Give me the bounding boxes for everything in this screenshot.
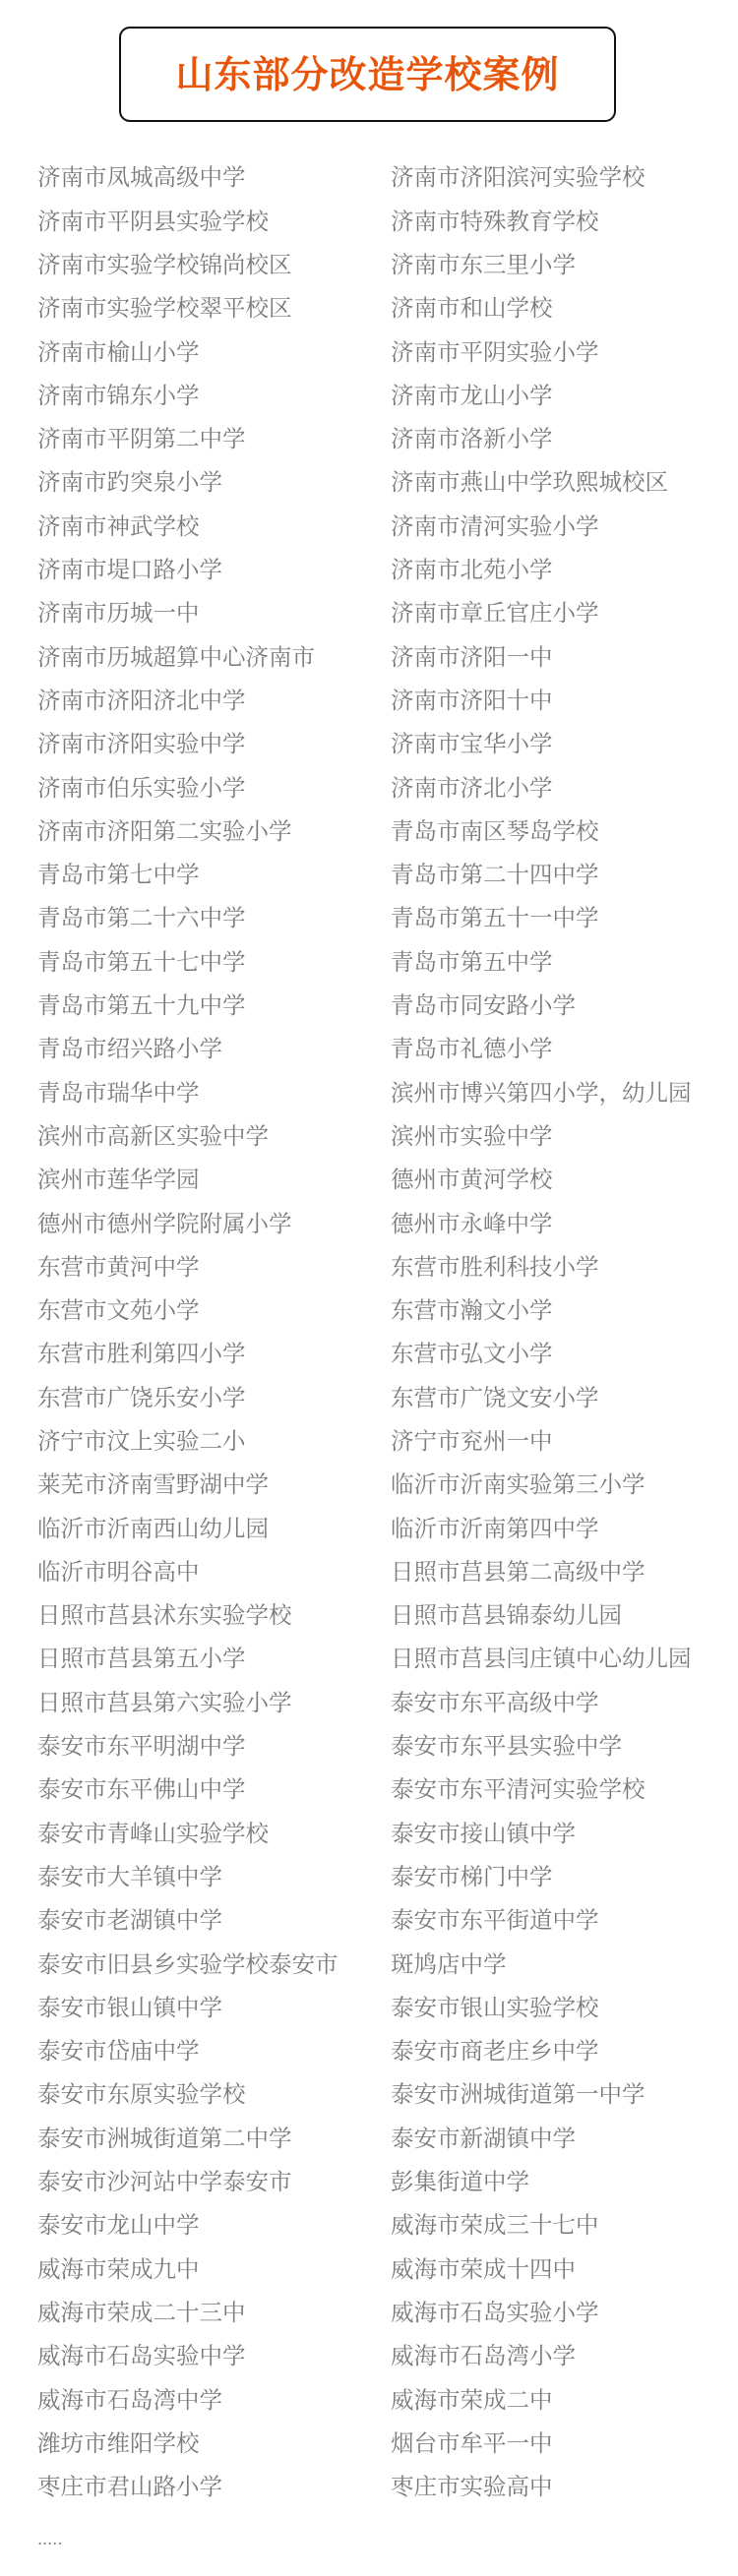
school-name-right: 青岛市礼德小学 (391, 1038, 725, 1061)
school-name-right: 东营市广饶文安小学 (391, 1387, 725, 1410)
school-name-right: 威海市荣成十四中 (391, 2258, 725, 2282)
school-name-right: 东营市瀚文小学 (391, 1299, 725, 1323)
school-name-right: 青岛市同安路小学 (391, 994, 725, 1018)
school-list: 济南市凤城高级中学济南市济阳滨河实验学校济南市平阴县实验学校济南市特殊教育学校济… (37, 156, 726, 2509)
school-name-left: 济南市平阴第二中学 (37, 428, 391, 451)
school-name-right: 济南市济阳十中 (391, 689, 725, 713)
school-row: 泰安市大羊镇中学泰安市梯门中学 (37, 1856, 726, 1899)
school-name-left: 泰安市老湖镇中学 (37, 1909, 391, 1933)
school-name-left: 威海市荣成九中 (37, 2258, 391, 2282)
school-name-right: 青岛市第五中学 (391, 951, 725, 975)
school-row: 济南市济阳第二实验小学青岛市南区琴岛学校 (37, 809, 726, 853)
school-name-left: 济南市济阳实验中学 (37, 733, 391, 756)
school-name-left: 济南市凤城高级中学 (37, 166, 391, 190)
school-row: 济南市伯乐实验小学济南市济北小学 (37, 766, 726, 809)
school-row: 济南市堤口路小学济南市北苑小学 (37, 549, 726, 592)
school-row: 泰安市东原实验学校泰安市洲城街道第一中学 (37, 2073, 726, 2117)
school-name-left: 济南市榆山小学 (37, 341, 391, 365)
school-name-right: 泰安市银山实验学校 (391, 1997, 725, 2020)
school-name-left: 泰安市大羊镇中学 (37, 1866, 391, 1889)
school-name-left: 泰安市洲城街道第二中学 (37, 2127, 391, 2151)
school-row: 泰安市龙山中学威海市荣成三十七中 (37, 2204, 726, 2247)
school-row: 济南市锦东小学济南市龙山小学 (37, 374, 726, 417)
school-row: 青岛市第五十九中学青岛市同安路小学 (37, 985, 726, 1028)
school-name-left: 济南市伯乐实验小学 (37, 777, 391, 801)
school-row: 临沂市沂南西山幼儿园临沂市沂南第四中学 (37, 1507, 726, 1550)
school-row: 济南市济阳实验中学济南市宝华小学 (37, 723, 726, 766)
school-name-left: 济南市济阳第二实验小学 (37, 820, 391, 844)
school-name-left: 滨州市莲华学园 (37, 1168, 391, 1192)
school-name-right: 威海市石岛实验小学 (391, 2302, 725, 2325)
school-row: 泰安市洲城街道第二中学泰安市新湖镇中学 (37, 2117, 726, 2160)
school-row: 济南市平阴县实验学校济南市特殊教育学校 (37, 200, 726, 243)
school-row: 济南市实验学校锦尚校区济南市东三里小学 (37, 244, 726, 287)
school-name-right: 济南市洛新小学 (391, 428, 725, 451)
school-name-left: 济南市历城超算中心济南市 (37, 646, 391, 670)
school-row: 济南市济阳济北中学济南市济阳十中 (37, 680, 726, 723)
school-name-left: 东营市广饶乐安小学 (37, 1387, 391, 1410)
school-row: 威海市荣成九中威海市荣成十四中 (37, 2247, 726, 2291)
school-name-left: 东营市文苑小学 (37, 1299, 391, 1323)
school-row: 东营市广饶乐安小学东营市广饶文安小学 (37, 1376, 726, 1419)
school-name-left: 泰安市旧县乡实验学校泰安市 (37, 1953, 391, 1977)
school-name-left: 临沂市明谷高中 (37, 1561, 391, 1585)
school-row: 青岛市瑞华中学滨州市博兴第四小学，幼儿园 (37, 1071, 726, 1114)
school-name-right: 临沂市沂南第四中学 (391, 1518, 725, 1541)
school-name-left: 泰安市东平佛山中学 (37, 1778, 391, 1802)
school-name-left: 泰安市东原实验学校 (37, 2083, 391, 2107)
school-name-left: 威海市石岛实验中学 (37, 2345, 391, 2368)
school-row: 日照市莒县第五小学日照市莒县闫庄镇中心幼儿园 (37, 1638, 726, 1681)
school-row: 济宁市汶上实验二小济宁市兖州一中 (37, 1420, 726, 1464)
school-name-left: 东营市胜利第四小学 (37, 1343, 391, 1366)
school-name-left: 济南市锦东小学 (37, 385, 391, 408)
school-name-right: 济南市济阳一中 (391, 646, 725, 670)
school-row: 东营市胜利第四小学东营市弘文小学 (37, 1333, 726, 1376)
school-name-right: 彭集街道中学 (391, 2171, 725, 2194)
school-row: 威海市荣成二十三中威海市石岛实验小学 (37, 2292, 726, 2335)
school-name-right: 滨州市实验中学 (391, 1125, 725, 1149)
school-name-left: 日照市莒县第五小学 (37, 1647, 391, 1671)
school-name-left: 泰安市岱庙中学 (37, 2040, 391, 2064)
page-title: 山东部分改造学校案例 (175, 56, 559, 93)
school-name-right: 济南市北苑小学 (391, 559, 725, 582)
school-row: 泰安市东平明湖中学泰安市东平县实验中学 (37, 1725, 726, 1768)
school-row: 青岛市第二十六中学青岛市第五十一中学 (37, 897, 726, 940)
school-name-left: 枣庄市君山路小学 (37, 2476, 391, 2499)
school-name-left: 威海市石岛湾中学 (37, 2389, 391, 2413)
school-row: 济南市神武学校济南市清河实验小学 (37, 505, 726, 548)
school-name-left: 济南市趵突泉小学 (37, 471, 391, 495)
school-name-right: 日照市莒县闫庄镇中心幼儿园 (391, 1647, 725, 1671)
school-name-left: 济南市平阴县实验学校 (37, 210, 391, 234)
school-name-right: 济南市龙山小学 (391, 385, 725, 408)
school-row: 东营市文苑小学东营市瀚文小学 (37, 1289, 726, 1333)
school-name-right: 济南市济北小学 (391, 777, 725, 801)
school-name-left: 济南市实验学校锦尚校区 (37, 254, 391, 277)
school-row: 威海市石岛湾中学威海市荣成二中 (37, 2378, 726, 2422)
school-row: 青岛市第七中学青岛市第二十四中学 (37, 854, 726, 897)
school-name-left: 威海市荣成二十三中 (37, 2302, 391, 2325)
school-name-right: 威海市石岛湾小学 (391, 2345, 725, 2368)
school-name-left: 潍坊市维阳学校 (37, 2432, 391, 2456)
school-name-right: 济南市特殊教育学校 (391, 210, 725, 234)
school-name-right: 济南市济阳滨河实验学校 (391, 166, 725, 190)
school-name-right: 威海市荣成二中 (391, 2389, 725, 2413)
school-row: 枣庄市君山路小学枣庄市实验高中 (37, 2466, 726, 2509)
school-name-right: 泰安市东平清河实验学校 (391, 1778, 725, 1802)
school-row: 泰安市沙河站中学泰安市彭集街道中学 (37, 2161, 726, 2204)
school-name-left: 泰安市龙山中学 (37, 2214, 391, 2238)
school-name-left: 泰安市银山镇中学 (37, 1997, 391, 2020)
school-name-right: 泰安市东平高级中学 (391, 1692, 725, 1715)
school-name-left: 济南市堤口路小学 (37, 559, 391, 582)
title-banner: 山东部分改造学校案例 (119, 27, 616, 122)
school-name-left: 泰安市东平明湖中学 (37, 1735, 391, 1759)
school-row: 泰安市东平佛山中学泰安市东平清河实验学校 (37, 1768, 726, 1812)
school-name-right: 泰安市洲城街道第一中学 (391, 2083, 725, 2107)
school-name-right: 日照市莒县锦泰幼儿园 (391, 1604, 725, 1628)
school-name-left: 青岛市第二十六中学 (37, 907, 391, 930)
school-name-left: 东营市黄河中学 (37, 1256, 391, 1280)
more-indicator: ..... (37, 2530, 62, 2548)
school-row: 莱芜市济南雪野湖中学临沂市沂南实验第三小学 (37, 1464, 726, 1507)
school-name-right: 烟台市牟平一中 (391, 2432, 725, 2456)
school-name-left: 滨州市高新区实验中学 (37, 1125, 391, 1149)
school-name-left: 青岛市第五十七中学 (37, 951, 391, 975)
school-row: 德州市德州学院附属小学德州市永峰中学 (37, 1202, 726, 1245)
school-name-right: 东营市胜利科技小学 (391, 1256, 725, 1280)
school-row: 日照市莒县沭东实验学校日照市莒县锦泰幼儿园 (37, 1594, 726, 1638)
school-row: 泰安市岱庙中学泰安市商老庄乡中学 (37, 2030, 726, 2073)
school-name-right: 青岛市南区琴岛学校 (391, 820, 725, 844)
school-name-left: 日照市莒县第六实验小学 (37, 1692, 391, 1715)
school-name-right: 泰安市东平县实验中学 (391, 1735, 725, 1759)
school-name-right: 德州市永峰中学 (391, 1213, 725, 1236)
school-name-left: 济宁市汶上实验二小 (37, 1430, 391, 1454)
school-name-right: 济宁市兖州一中 (391, 1430, 725, 1454)
school-name-right: 斑鸠店中学 (391, 1953, 725, 1977)
school-row: 泰安市青峰山实验学校泰安市接山镇中学 (37, 1812, 726, 1855)
school-name-right: 济南市清河实验小学 (391, 515, 725, 539)
school-name-right: 青岛市第五十一中学 (391, 907, 725, 930)
school-row: 东营市黄河中学东营市胜利科技小学 (37, 1245, 726, 1288)
school-row: 济南市榆山小学济南市平阴实验小学 (37, 330, 726, 374)
school-row: 日照市莒县第六实验小学泰安市东平高级中学 (37, 1681, 726, 1724)
school-row: 济南市历城超算中心济南市济南市济阳一中 (37, 635, 726, 679)
school-name-left: 济南市济阳济北中学 (37, 689, 391, 713)
school-name-right: 济南市和山学校 (391, 297, 725, 321)
school-row: 潍坊市维阳学校烟台市牟平一中 (37, 2422, 726, 2465)
school-name-right: 枣庄市实验高中 (391, 2476, 725, 2499)
school-row: 滨州市高新区实验中学滨州市实验中学 (37, 1115, 726, 1159)
school-row: 济南市平阴第二中学济南市洛新小学 (37, 418, 726, 461)
school-name-right: 东营市弘文小学 (391, 1343, 725, 1366)
school-row: 泰安市旧县乡实验学校泰安市斑鸠店中学 (37, 1943, 726, 1986)
school-name-right: 济南市燕山中学玖熙城校区 (391, 471, 725, 495)
school-row: 泰安市老湖镇中学泰安市东平街道中学 (37, 1899, 726, 1943)
school-name-right: 日照市莒县第二高级中学 (391, 1561, 725, 1585)
school-name-left: 济南市实验学校翠平校区 (37, 297, 391, 321)
school-name-right: 泰安市新湖镇中学 (391, 2127, 725, 2151)
school-name-left: 青岛市第七中学 (37, 864, 391, 887)
school-name-right: 泰安市东平街道中学 (391, 1909, 725, 1933)
school-name-left: 临沂市沂南西山幼儿园 (37, 1518, 391, 1541)
school-row: 济南市实验学校翠平校区济南市和山学校 (37, 287, 726, 330)
school-name-left: 青岛市瑞华中学 (37, 1082, 391, 1106)
school-name-left: 德州市德州学院附属小学 (37, 1213, 391, 1236)
school-name-right: 泰安市梯门中学 (391, 1866, 725, 1889)
school-name-right: 泰安市商老庄乡中学 (391, 2040, 725, 2064)
school-row: 临沂市明谷高中日照市莒县第二高级中学 (37, 1551, 726, 1594)
school-name-right: 济南市章丘官庄小学 (391, 602, 725, 626)
school-name-left: 日照市莒县沭东实验学校 (37, 1604, 391, 1628)
school-name-right: 济南市平阴实验小学 (391, 341, 725, 365)
school-row: 滨州市莲华学园德州市黄河学校 (37, 1159, 726, 1202)
school-name-left: 济南市历城一中 (37, 602, 391, 626)
school-name-left: 泰安市沙河站中学泰安市 (37, 2171, 391, 2194)
school-row: 济南市凤城高级中学济南市济阳滨河实验学校 (37, 156, 726, 200)
school-name-right: 临沂市沂南实验第三小学 (391, 1473, 725, 1497)
school-name-left: 莱芜市济南雪野湖中学 (37, 1473, 391, 1497)
school-row: 青岛市绍兴路小学青岛市礼德小学 (37, 1028, 726, 1071)
school-name-left: 青岛市第五十九中学 (37, 994, 391, 1018)
school-name-left: 济南市神武学校 (37, 515, 391, 539)
school-row: 济南市历城一中济南市章丘官庄小学 (37, 592, 726, 635)
school-name-right: 济南市宝华小学 (391, 733, 725, 756)
school-row: 泰安市银山镇中学泰安市银山实验学校 (37, 1986, 726, 2029)
school-name-left: 泰安市青峰山实验学校 (37, 1823, 391, 1846)
school-name-right: 滨州市博兴第四小学，幼儿园 (391, 1082, 725, 1106)
school-row: 威海市石岛实验中学威海市石岛湾小学 (37, 2335, 726, 2378)
school-row: 济南市趵突泉小学济南市燕山中学玖熙城校区 (37, 461, 726, 505)
school-name-right: 济南市东三里小学 (391, 254, 725, 277)
school-name-right: 威海市荣成三十七中 (391, 2214, 725, 2238)
school-name-right: 青岛市第二十四中学 (391, 864, 725, 887)
school-name-right: 德州市黄河学校 (391, 1168, 725, 1192)
school-row: 青岛市第五十七中学青岛市第五中学 (37, 940, 726, 984)
school-name-right: 泰安市接山镇中学 (391, 1823, 725, 1846)
school-name-left: 青岛市绍兴路小学 (37, 1038, 391, 1061)
